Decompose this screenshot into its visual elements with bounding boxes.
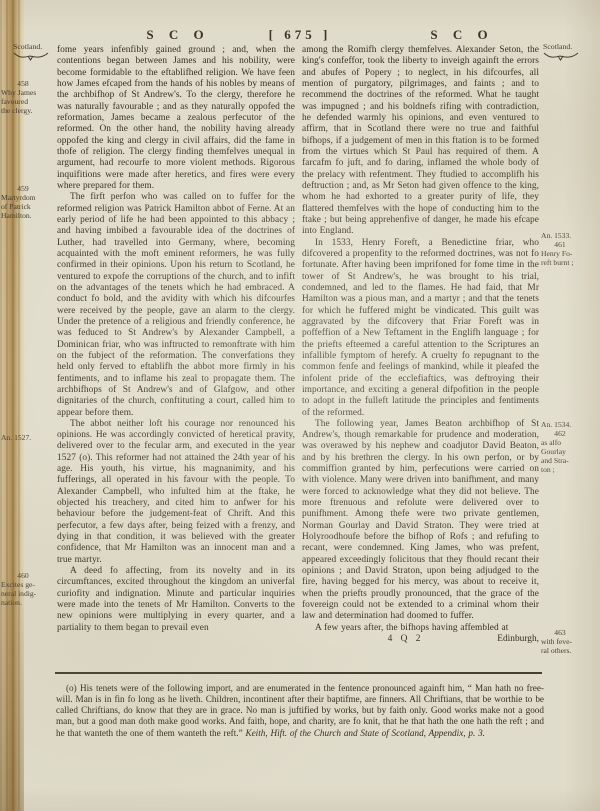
signature-row: 4 Q 2 Edinburgh, [302,634,539,646]
margin-note-text: with feve- ral others. [541,637,599,655]
margin-note-460: 460 Excites ge- neral indig- nation. [1,571,53,607]
margin-note-text: Excites ge- neral indig- nation. [1,580,53,607]
margin-note-number: 461 [541,240,579,249]
book-spine-edge [0,0,24,811]
footnote-citation: Keith, Hift. of the Church and State of … [245,728,485,738]
margin-running-head-left: Scotland. [13,42,63,61]
margin-note-text: Henry Fo- reft burnt ; [541,249,599,267]
footnote-divider [55,672,542,674]
paragraph: In 1533, Henry Foreft, a Benedictine fri… [302,238,539,419]
margin-note-an-1527: An. 1527. [1,433,53,442]
paragraph: A deed fo affecting, from its novelty an… [57,566,295,634]
margin-note-number: 459 [1,184,45,193]
book-page: S C O [ 675 ] S C O Scotland. 458 Why Ja… [0,0,600,811]
margin-note-text: An. 1527. [1,433,53,442]
margin-note-458: 458 Why James favoured the clergy. [1,79,53,115]
page-header: S C O [ 675 ] S C O [0,27,600,43]
right-column: among the Romifh clergy themfelves. Alex… [302,45,539,646]
margin-note-number: 460 [1,571,45,580]
swash-flourish-icon [13,51,49,61]
margin-note-number: 463 [541,628,579,637]
running-head-label: Scotland. [543,42,572,51]
paragraph: The following year, James Beaton archbif… [302,419,539,623]
catchword: Edinburgh, [497,634,539,645]
margin-note-text: as alfo Gourlay and Stra- ton ; [541,438,599,474]
running-title-left: S C O [128,27,228,43]
margin-note-459: 459 Martyrdom of Patrick Hamilton. [1,184,53,220]
margin-note-date: An. 1534. [541,420,599,429]
footnote-paragraph: (o) His tenets were of the following imp… [56,683,544,739]
paragraph: fome years infenfibly gained ground ; an… [57,45,295,192]
margin-running-head-right: Scotland. [543,42,593,61]
page-number: [ 675 ] [250,27,350,43]
running-head-label: Scotland. [13,42,42,51]
margin-note-461: An. 1533. 461 Henry Fo- reft burnt ; [541,231,599,267]
running-title-right: S C O [412,27,512,43]
margin-note-463: 463 with feve- ral others. [541,628,599,655]
paragraph: A few years after, the bifhops having af… [302,623,539,634]
margin-note-date: An. 1533. [541,231,599,240]
swash-flourish-icon [543,51,579,61]
margin-note-number: 458 [1,79,45,88]
signature-mark: 4 Q 2 [302,634,509,645]
paragraph: The firft perfon who was called on to fu… [57,192,295,419]
paragraph: among the Romifh clergy themfelves. Alex… [302,45,539,238]
margin-note-number: 462 [541,429,579,438]
left-column: fome years infenfibly gained ground ; an… [57,45,295,634]
footnote: (o) His tenets were of the following imp… [56,683,544,739]
paragraph: The abbot neither loft his courage nor r… [57,419,295,566]
margin-note-text: Why James favoured the clergy. [1,88,53,115]
margin-note-462: An. 1534. 462 as alfo Gourlay and Stra- … [541,420,599,474]
margin-note-text: Martyrdom of Patrick Hamilton. [1,193,53,220]
